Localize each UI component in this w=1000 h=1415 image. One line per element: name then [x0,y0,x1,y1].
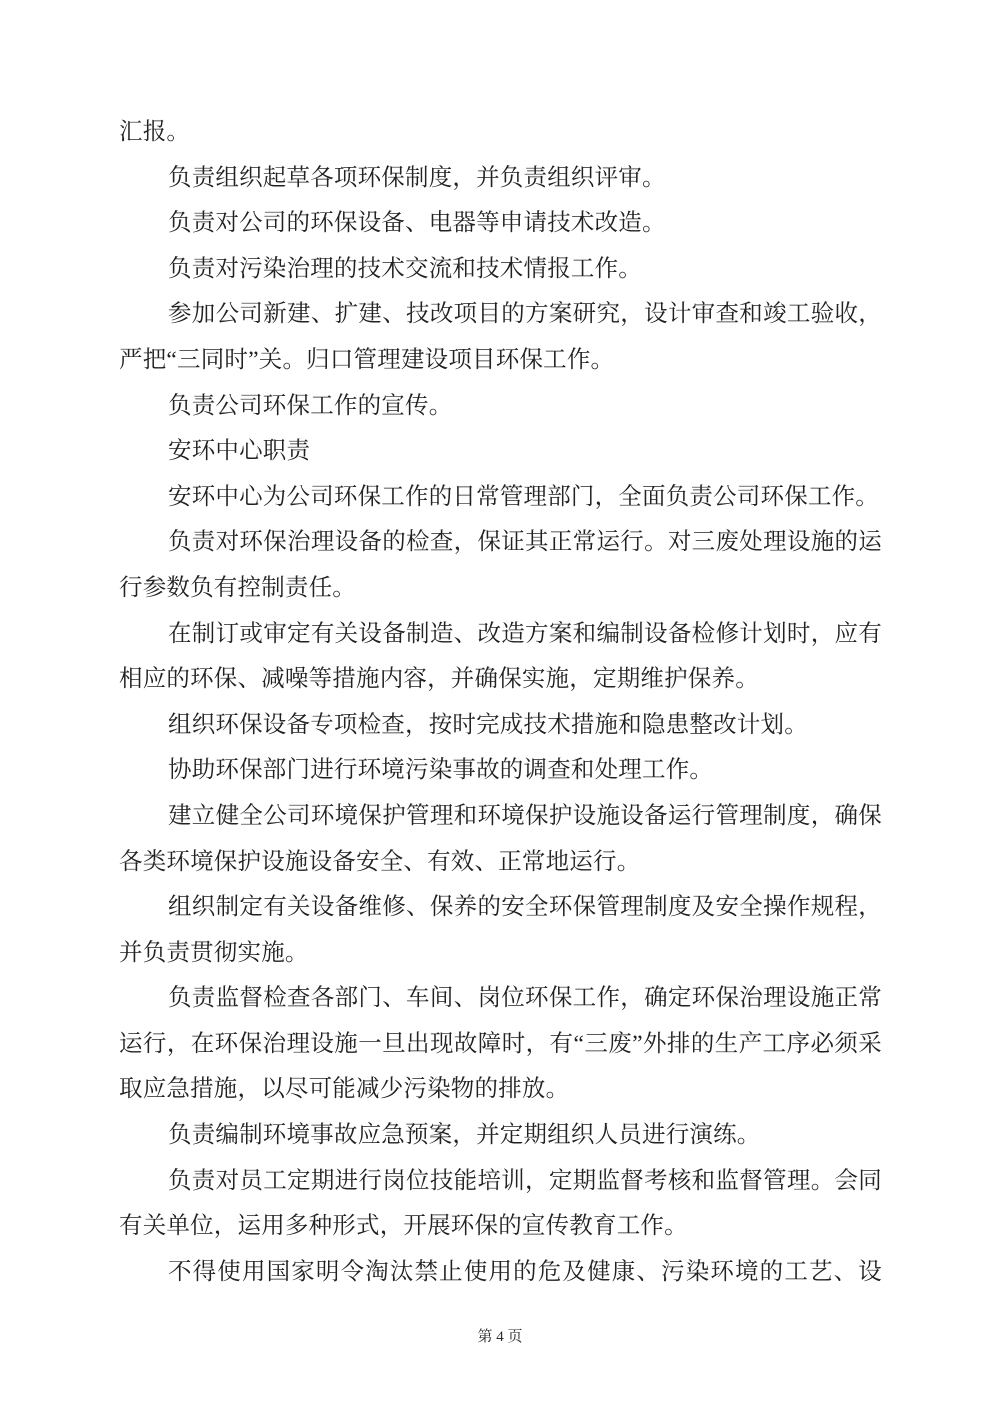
text-line: 负责编制环境事故应急预案，并定期组织人员进行演练。 [119,1113,882,1159]
text-line: 有关单位，运用多种形式，开展环保的宣传教育工作。 [119,1204,882,1250]
page-number: 第 4 页 [477,1329,522,1345]
document-body: 汇报。负责组织起草各项环保制度，并负责组织评审。负责对公司的环保设备、电器等申请… [119,110,882,1295]
text-line: 运行，在环保治理设施一旦出现故障时，有“三废”外排的生产工序必须采 [119,1022,882,1068]
text-line: 行参数负有控制责任。 [119,566,882,612]
text-line: 负责公司环保工作的宣传。 [119,384,882,430]
text-line: 负责对员工定期进行岗位技能培训，定期监督考核和监督管理。会同 [119,1159,882,1205]
text-line: 在制订或审定有关设备制造、改造方案和编制设备检修计划时，应有 [119,612,882,658]
text-line: 负责监督检查各部门、车间、岗位环保工作，确定环保治理设施正常 [119,976,882,1022]
text-line: 严把“三同时”关。归口管理建设项目环保工作。 [119,338,882,384]
text-line: 取应急措施，以尽可能减少污染物的排放。 [119,1067,882,1113]
text-line: 不得使用国家明令淘汰禁止使用的危及健康、污染环境的工艺、设 [119,1250,882,1296]
document-page: 汇报。负责组织起草各项环保制度，并负责组织评审。负责对公司的环保设备、电器等申请… [0,0,1000,1415]
text-line: 负责对污染治理的技术交流和技术情报工作。 [119,247,882,293]
text-line: 组织环保设备专项检查，按时完成技术措施和隐患整改计划。 [119,703,882,749]
text-line: 负责对环保治理设备的检查，保证其正常运行。对三废处理设施的运 [119,520,882,566]
text-line: 组织制定有关设备维修、保养的安全环保管理制度及安全操作规程， [119,885,882,931]
text-line: 建立健全公司环境保护管理和环境保护设施设备运行管理制度，确保 [119,794,882,840]
text-line: 参加公司新建、扩建、技改项目的方案研究，设计审查和竣工验收， [119,292,882,338]
page-footer: 第 4 页 [0,1326,1000,1348]
text-line: 相应的环保、减噪等措施内容，并确保实施，定期维护保养。 [119,657,882,703]
text-line: 各类环境保护设施设备安全、有效、正常地运行。 [119,840,882,886]
text-line: 协助环保部门进行环境污染事故的调查和处理工作。 [119,748,882,794]
text-line: 并负责贯彻实施。 [119,931,882,977]
text-line: 负责组织起草各项环保制度，并负责组织评审。 [119,156,882,202]
text-line: 安环中心职责 [119,429,882,475]
text-line: 负责对公司的环保设备、电器等申请技术改造。 [119,201,882,247]
text-line: 安环中心为公司环保工作的日常管理部门，全面负责公司环保工作。 [119,475,882,521]
text-line: 汇报。 [119,110,882,156]
